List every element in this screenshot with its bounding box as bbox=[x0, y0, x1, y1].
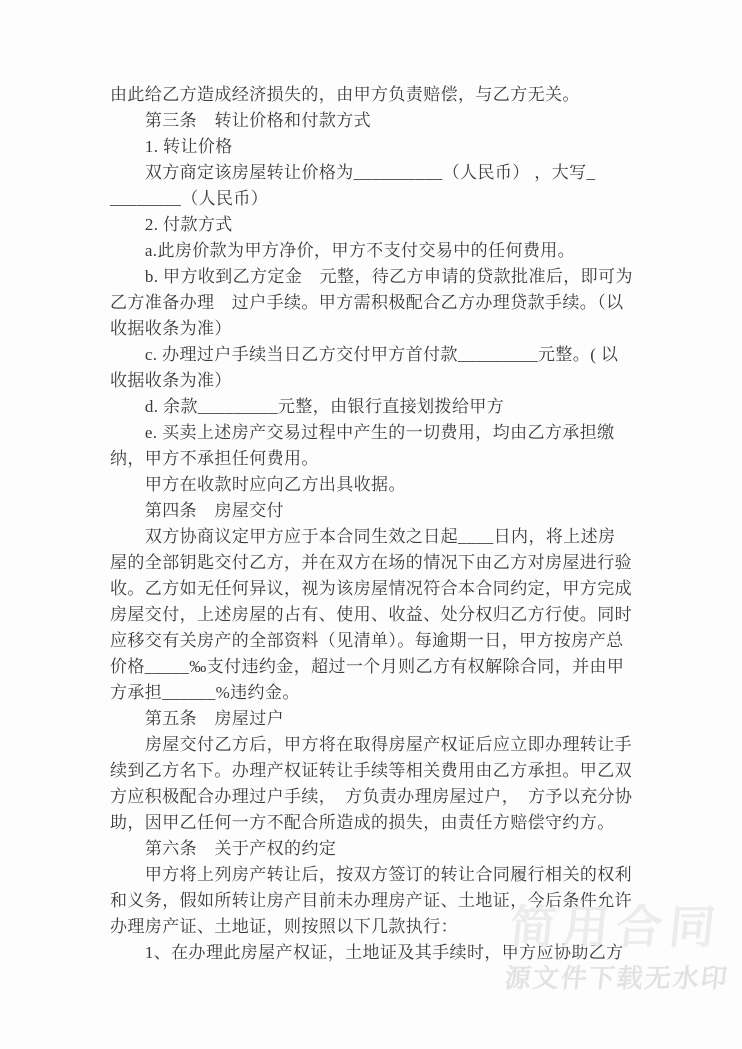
text-line: 1. 转让价格 bbox=[110, 134, 640, 160]
contract-page: 由此给乙方造成经济损失的，由甲方负责赔偿，与乙方无关。第三条 转让价格和付款方式… bbox=[0, 0, 742, 1049]
text-line: 价格_____‰支付违约金，超过一个月则乙方有权解除合同，并由甲 bbox=[110, 654, 640, 680]
text-line: c. 办理过户手续当日乙方交付甲方首付款_________元整。( 以 bbox=[110, 342, 640, 368]
text-line: 第四条 房屋交付 bbox=[110, 498, 640, 524]
text-line: 第六条 关于产权的约定 bbox=[110, 836, 640, 862]
text-line: 双方协商议定甲方应于本合同生效之日起____日内，将上述房 bbox=[110, 524, 640, 550]
text-line: 和义务，假如所转让房产目前未办理房产证、土地证，今后条件允许 bbox=[110, 888, 640, 914]
text-line: a.此房价款为甲方净价，甲方不支付交易中的任何费用。 bbox=[110, 238, 640, 264]
text-line: 房屋交付，上述房屋的占有、使用、收益、处分权归乙方行使。同时 bbox=[110, 602, 640, 628]
text-line: 1、在办理此房屋产权证，土地证及其手续时，甲方应协助乙方 bbox=[110, 940, 640, 966]
text-line: 甲方在收款时应向乙方出具收据。 bbox=[110, 472, 640, 498]
text-line: 纳，甲方不承担任何费用。 bbox=[110, 446, 640, 472]
text-line: 办理房产证、土地证，则按照以下几款执行： bbox=[110, 914, 640, 940]
text-line: 房屋交付乙方后，甲方将在取得房屋产权证后应立即办理转让手 bbox=[110, 732, 640, 758]
text-line: 乙方准备办理 过户手续。甲方需积极配合乙方办理贷款手续。（以 bbox=[110, 290, 640, 316]
text-line: 收据收条为准） bbox=[110, 368, 640, 394]
text-line: d. 余款_________元整，由银行直接划拨给甲方 bbox=[110, 394, 640, 420]
text-line: 收据收条为准） bbox=[110, 316, 640, 342]
text-line: 助，因甲乙任何一方不配合所造成的损失，由责任方赔偿守约方。 bbox=[110, 810, 640, 836]
text-line: 屋的全部钥匙交付乙方，并在双方在场的情况下由乙方对房屋进行验 bbox=[110, 550, 640, 576]
text-line: 第五条 房屋过户 bbox=[110, 706, 640, 732]
text-line: 续到乙方名下。办理产权证转让手续等相关费用由乙方承担。甲乙双 bbox=[110, 758, 640, 784]
text-line: b. 甲方收到乙方定金 元整，待乙方申请的贷款批准后，即可为 bbox=[110, 264, 640, 290]
document-body: 由此给乙方造成经济损失的，由甲方负责赔偿，与乙方无关。第三条 转让价格和付款方式… bbox=[110, 82, 640, 966]
text-line: e. 买卖上述房产交易过程中产生的一切费用，均由乙方承担缴 bbox=[110, 420, 640, 446]
text-line: ________（人民币） bbox=[110, 186, 640, 212]
text-line: 方应积极配合办理过户手续， 方负责办理房屋过户， 方予以充分协 bbox=[110, 784, 640, 810]
text-line: 甲方将上列房产转让后，按双方签订的转让合同履行相关的权利 bbox=[110, 862, 640, 888]
text-line: 收。乙方如无任何异议，视为该房屋情况符合本合同约定，甲方完成 bbox=[110, 576, 640, 602]
text-line: 2. 付款方式 bbox=[110, 212, 640, 238]
text-line: 方承担______%违约金。 bbox=[110, 680, 640, 706]
text-line: 第三条 转让价格和付款方式 bbox=[110, 108, 640, 134]
text-line: 双方商定该房屋转让价格为__________（人民币） ，大写_ bbox=[110, 160, 640, 186]
text-line: 应移交有关房产的全部资料（见清单）。每逾期一日，甲方按房产总 bbox=[110, 628, 640, 654]
text-line: 由此给乙方造成经济损失的，由甲方负责赔偿，与乙方无关。 bbox=[110, 82, 640, 108]
